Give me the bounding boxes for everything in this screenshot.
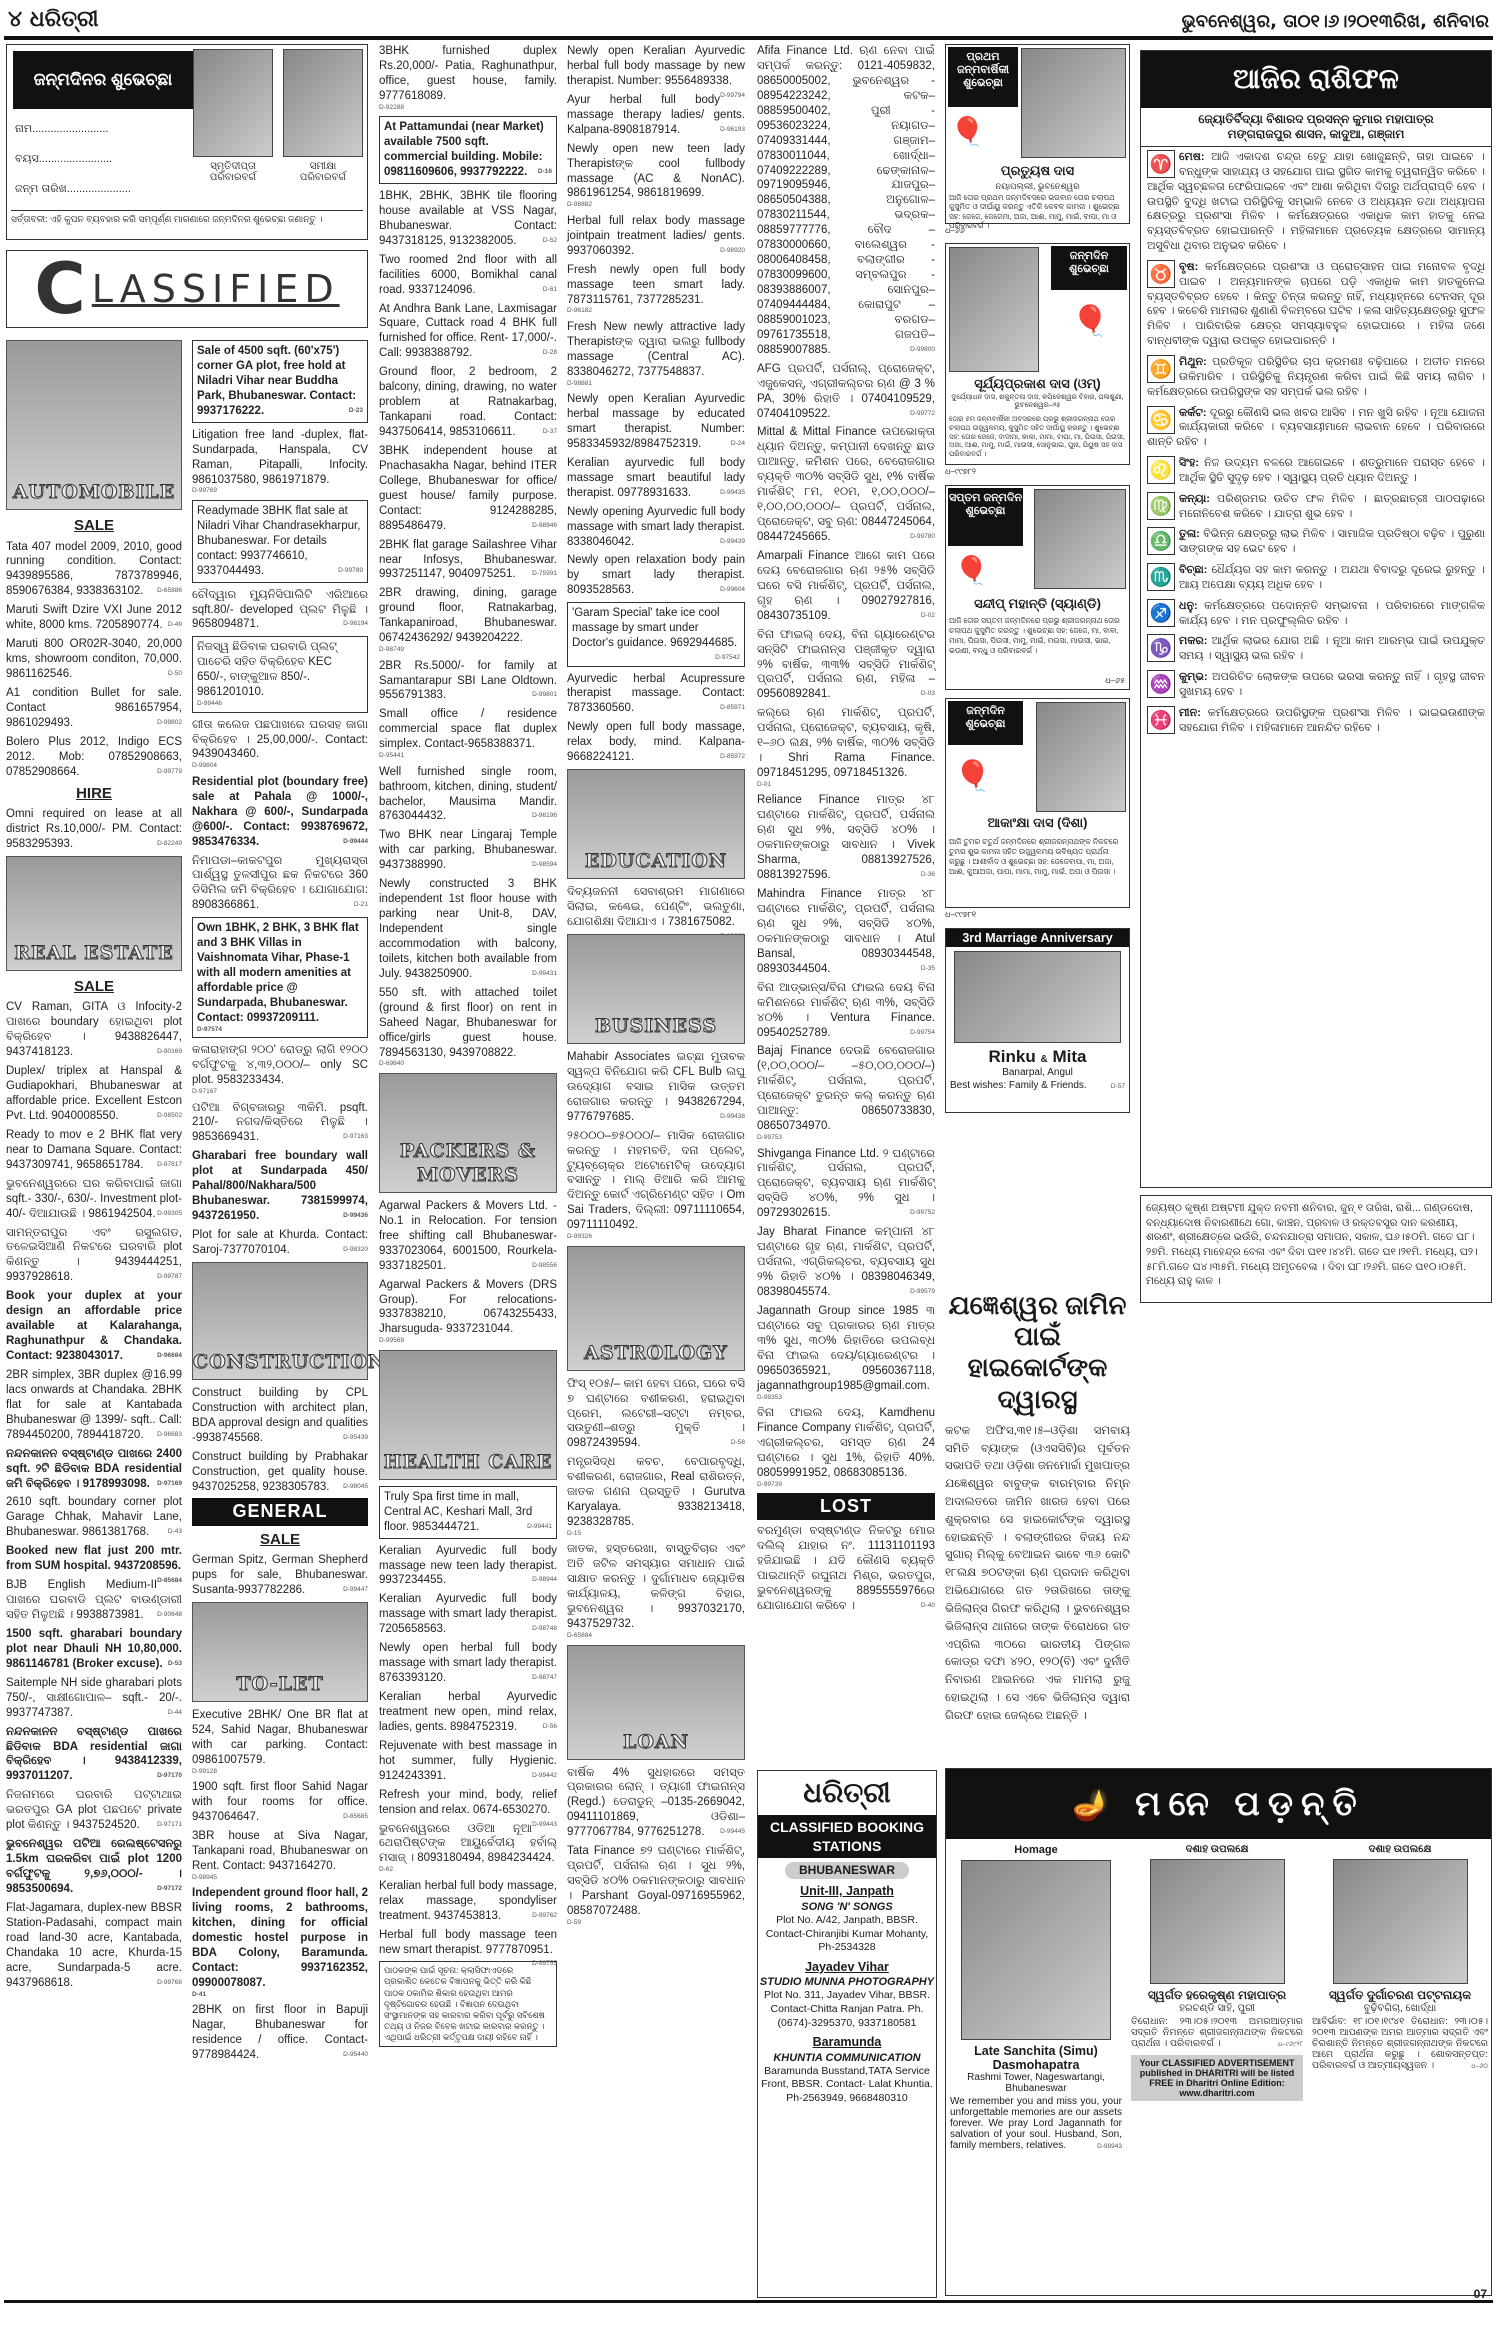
coupon-title: ଜନ୍ମଦିନର ଶୁଭେଚ୍ଛା (13, 51, 193, 109)
greeting-code: ଧ–୬୬ (945, 226, 965, 236)
classified-ad: Newly opening Ayurvedic full body massag… (567, 505, 745, 550)
column-land-construction: Sale of 4500 sqft. (60'x75') corner GA p… (192, 340, 368, 2067)
classified-ad: Keralian Ayurvedic full body massage new… (379, 1544, 557, 1589)
classified-ad: Keralian herbal Ayurvedic treatment new … (379, 1690, 557, 1735)
news-body: କଟକ ଅଫିସ,୩୧।୫–ଓଡ଼ିଶା ସମବାୟ ସମିତି ବ୍ୟାଙ୍କ… (945, 1423, 1130, 1726)
classified-ad: ଫିସ୍ ୧୦୫/– କାମ ହେବା ପରେ, ଘରେ ବସି ୭ ଘଣ୍ଟା… (567, 1377, 745, 1452)
classified-ad: ବିନା ଫାଇଲ ଦେୟ, Kamdhenu Finance Company … (757, 1406, 935, 1489)
classified-ad: Bajaj Finance ଦେଉଛି ବେରୋଜଗାର (୧,୦୦,୦୦୦/–… (757, 1044, 935, 1142)
classified-ad: Residential plot (boundary free) sale at… (192, 775, 368, 850)
child-photo-1 (193, 49, 273, 157)
classified-ad: କଲ୍‌ରେ ଋଣ ମାର୍କଶିଟ୍, ପ୍ରପର୍ଟି, ପର୍ସନାଲ, … (757, 706, 935, 789)
classified-ad: Maruti Swift Dzire VXI June 2012 white, … (6, 603, 182, 633)
classified-ad: Fresh New newly attractive lady Therapis… (567, 320, 745, 388)
greeting-card-2: ଜନ୍ମଦିନ ଶୁଭେଚ୍ଛା 🎈 ସୂର୍ଯ୍ୟପ୍ରକାଶ ଦାସ (ଓମ… (945, 243, 1130, 465)
section-heading-lost: LOST (757, 1493, 935, 1520)
classified-ad: Mahindra Finance ମାତ୍ର ୪୮ ଘଣ୍ଟାରେ ମାର୍କଶ… (757, 887, 935, 977)
sign-libra: ♎ତୁଳା: ବିଭିନ୍ନ କ୍ଷେତ୍ରରୁ ଲାଭ ମିଳିବ । ସାମ… (1141, 524, 1491, 560)
automobile-image: AUTOMOBILE (6, 340, 182, 510)
greeting-card-1: ପ୍ରଥମ ଜନ୍ମବାର୍ଷିକୀ ଶୁଭେଚ୍ଛା 🎈 ପ୍ରତ୍ୟୁଷ ଦ… (945, 44, 1130, 224)
sign-cancer: ♋କର୍କଟ: ଦୂରରୁ କୌଣସି ଭଲ ଖବର ଆସିବ । ମନ ଖୁସ… (1141, 403, 1491, 454)
classified-ad: Refresh your mind, body, relief tension … (379, 1788, 557, 1818)
aries-icon: ♈ (1147, 150, 1175, 178)
section-heading: SALE (6, 977, 182, 997)
classified-ad: 2BR Rs.5000/- for family at Samantarapur… (379, 659, 557, 704)
obituary-banner: 🪔 ମନେ ପଡ଼ନ୍ତି (946, 1769, 1491, 1839)
classified-ad: Saitemple NH side gharabari plots 750/-,… (6, 1676, 182, 1721)
classified-ad: Newly open Keralian Ayurvedic herbal mas… (567, 392, 745, 452)
news-article: ଯଜ୍ଞେଶ୍ୱର ଜାମିନ ପାଇଁ ହାଇକୋର୍ଟଙ୍କ ଦ୍ୱାରସ୍… (945, 1290, 1130, 1726)
child-photo (1034, 489, 1126, 589)
aquarius-icon: ♒ (1147, 670, 1175, 698)
classified-ad: Fresh newly open full body massage teen … (567, 263, 745, 316)
classified-ad: A1 condition Bullet for sale. Contact 98… (6, 686, 182, 731)
sign-aries: ♈ମେଷ: ଆଜି ଏକାଦଶ ଚନ୍ଦ୍ର ହେତୁ ଯାହା ଖୋଜୁଛନ୍… (1141, 147, 1491, 257)
classified-ad: Flat-Jagamara, duplex-new BBSR Station-P… (6, 1901, 182, 1991)
classified-ad: Omni required on lease at all district R… (6, 807, 182, 852)
dob-field[interactable]: ଜନ୍ମ ତାରିଖ..................... (15, 183, 131, 196)
sign-sagittarius: ♐ଧନୁ: କର୍ମକ୍ଷେତ୍ରରେ ପଦୋନ୍ନତି ସମ୍ଭାବନା । … (1141, 596, 1491, 632)
age-field[interactable]: ବୟସ........................ (15, 153, 112, 166)
classified-ad: Independent ground floor hall, 2 living … (192, 1886, 368, 1999)
classified-ad: Book your duplex at your design an affor… (6, 1289, 182, 1364)
classified-ad: 2BHK flat garage Sailashree Vihar near I… (379, 538, 557, 583)
classified-ad-boxed: Truly Spa first time in mall, Central AC… (379, 1486, 557, 1539)
classified-ad: Booked new flat just 200 mtr. from SUM h… (6, 1544, 182, 1574)
classified-ad: Keralian ayurvedic full body massage sma… (567, 456, 745, 501)
dharitri-logo: ଧରିତ୍ରୀ (758, 1771, 936, 1815)
sagittarius-icon: ♐ (1147, 599, 1175, 627)
dateline: ଭୁବନେଶ୍ୱର, ତା୦୧।୬।୨୦୧୩ରିଖ, ଶନିବାର (1182, 11, 1489, 32)
booking-city: BHUBANESWAR (785, 1862, 909, 1880)
classified-ad: ଗୀତା କଲେଜ ପଛପାଖରେ ଘରସହ ଜାଗା ବିକ୍ରିହେବ । … (192, 718, 368, 771)
real-estate-image: REAL ESTATE (6, 856, 182, 971)
classified-ad: Jay Bharat Finance କମ୍ପାନୀ ୪୮ ଘଣ୍ଟାରେ ଗୃ… (757, 1225, 935, 1300)
classified-ad: ମନ୍ତ୍ରସିଦ୍ଧ କବଚ, ବେପାରବୃଦ୍ଧି, ବଶୀକରଣ, ରୋ… (567, 1455, 745, 1538)
photo-caption-1: ସ୍ମୃତିଦୀପ୍ତାପରିବାରବର୍ଗ (193, 161, 273, 183)
classified-ad: Duplex/ triplex at Hanspal & Gudiapokhar… (6, 1064, 182, 1124)
classified-ad: ନନ୍ଦନକାନନ ବସ୍‌ଷ୍ଟାଣ୍ଡ ପାଖରେ 2400 sqft. ୨… (6, 1447, 182, 1492)
reader-notice: ପାଠକଙ୍କ ପାଇଁ ସୂଚନା: କ୍ଲାସିଫାଏଡ୍‌ରେ ପ୍ରକା… (379, 1961, 557, 2046)
booking-station: Jayadev ViharSTUDIO MUNNA PHOTOGRAPHYPlo… (758, 1959, 936, 2030)
classified-ad: 2BHK on first floor in Bapuji Nagar, Bhu… (192, 2003, 368, 2063)
child-photo (1036, 702, 1126, 812)
classified-ad: Bolero Plus 2012, Indigo ECS 2012. Mob: … (6, 735, 182, 780)
education-image: EDUCATION (567, 769, 745, 879)
classified-ad: CV Raman, GITA ଓ Infocity-2 ପାଖରେ bounda… (6, 1000, 182, 1060)
classified-ad: Ayurvedic herbal Acupressure therapist m… (567, 672, 745, 717)
classified-banner: CLASSIFIED (6, 250, 368, 328)
classified-ad: ସାମନ୍ତରାପୁର ଏବଂ ରସୁଲଗଡ, ତଳେଇସିଆଣି ନିକଟରେ… (6, 1226, 182, 1286)
sign-gemini: ♊ମିଥୁନ: ପ୍ରତିକୂଳ ପରିସ୍ଥିତିର ଚାପ କ୍ରମଶଃ ବ… (1141, 352, 1491, 403)
birthday-coupon: ଜନ୍ମଦିନର ଶୁଭେଚ୍ଛା ନାମ...................… (6, 44, 368, 240)
column-massage-education-business: Newly open Keralian Ayurvedic herbal ful… (567, 44, 745, 1931)
classified-ad: ଭୁବନେଶ୍ୱର ପଟିଆ ରେଲଷ୍ଟେସନରୁ 1.5km ଘରକରିବା… (6, 1837, 182, 1897)
classified-ad: ବାର୍ଷିକ 4% ସୁଧହାରରେ ସମସ୍ତ ପ୍ରକାରର ଲୋନ୍ ।… (567, 1766, 745, 1841)
construction-image: CONSTRUCTION (192, 1262, 368, 1380)
classified-ad: Ready to mov e 2 BHK flat very near to D… (6, 1128, 182, 1173)
column-automobile-realestate: AUTOMOBILE SALE Tata 407 model 2009, 201… (6, 340, 182, 1995)
classified-ad: 1BHK, 2BHK, 3BHK tile flooring house ava… (379, 189, 557, 249)
booking-stations: ଧରିତ୍ରୀ CLASSIFIED BOOKING STATIONS BHUB… (757, 1770, 937, 2298)
classified-ad: 3BHK furnished duplex Rs.20,000/- Patia,… (379, 44, 557, 112)
loan-image: LOAN (567, 1645, 745, 1760)
section-heading: HIRE (6, 784, 182, 804)
sign-taurus: ♉ବୃଷ: କର୍ମକ୍ଷେତ୍ରରେ ପ୍ରଶଂସା ଓ ପ୍ରୋତ୍ସାହନ… (1141, 257, 1491, 352)
classified-ad: Executive 2BHK/ One BR flat at 524, Sahi… (192, 1708, 368, 1776)
obituary-1: Homage Late Sanchita (Simu) Dasmohapatra… (950, 1844, 1122, 2151)
classified-ad: ବରମୁଣ୍ଡା ବସ୍‌ଷ୍ଟାଣ୍ଡ ନିକଟରୁ ମୋର ଦଲିଲ୍ ଯା… (757, 1524, 935, 1614)
greeting-code: ଧ–୯୯୭୮୨ (945, 467, 976, 477)
balloons-icon: 🎈 (954, 554, 989, 587)
classified-ad: Tata 407 model 2009, 2010, good running … (6, 540, 182, 600)
astrology-image: ASTROLOGY (567, 1246, 745, 1371)
classified-ad: Newly open relaxation body pain by smart… (567, 553, 745, 598)
classified-ad: German Spitz, German Shepherd pups for s… (192, 1553, 368, 1598)
classified-ad: ବିନା ଫାଇଲ୍ ଦେୟ, ବିନା ଗ୍ୟାରେଣ୍ଟର ସନ୍‌ସିଟି… (757, 628, 935, 703)
classified-ad: Afifa Finance Ltd. ଋଣ ନେବା ପାଇଁ ସମ୍ପର୍କ … (757, 44, 935, 358)
classified-ad-boxed: Sale of 4500 sqft. (60'x75') corner GA p… (192, 340, 368, 423)
classified-ad: Jagannath Group since 1985 ୩ ଘଣ୍ଟାରେ ସବୁ… (757, 1304, 935, 1402)
portrait-photo (1150, 1859, 1285, 1984)
panjika-box: ଜ୍ୟେଷ୍ଠ କୃଷ୍ଣ ଅଷ୍ଟମୀ ଯୁକ୍ତ ନବମୀ ଶନିବାର, … (1140, 1195, 1492, 1303)
capricorn-icon: ♑ (1147, 634, 1175, 662)
classified-ad: କଳାରାହାଙ୍ଗ ୨୦୦' ରୋଡ୍‌ରୁ ଲାଗି ୧୨୦୦ ବର୍ଗଫୁ… (192, 1043, 368, 1096)
classified-ad: Newly open herbal full body massage with… (379, 1641, 557, 1686)
classified-ad: 1500 sqft. gharabari boundary plot near … (6, 1627, 182, 1672)
classified-ad: Small office / residence commercial spac… (379, 707, 557, 760)
classified-ad: ଦିବ୍ୟଜନନୀ ସେବାଶ୍ରମ ମାଗଣାରେ ସିଲାଇ, କଣ୍ଢେଇ… (567, 885, 745, 930)
masthead: ୪ ଧରିତ୍ରୀ ଭୁବନେଶ୍ୱର, ତା୦୧।୬।୨୦୧୩ରିଖ, ଶନି… (8, 4, 1489, 32)
classified-ad: Rejuvenate with best massage in hot summ… (379, 1739, 557, 1784)
page-number: 07 (1474, 2287, 1487, 2301)
page-label: ୪ ଧରିତ୍ରୀ (8, 7, 99, 32)
section-heading: SALE (6, 516, 182, 536)
classified-ad: ୨୫୦୦୦–୭୫୦୦୦/– ମାସିକ ରୋଜଗାର କରନ୍ତୁ । ମହମବ… (567, 1129, 745, 1242)
obituary-2: ଦଶାହ ଉପଲକ୍ଷେ ସ୍ୱର୍ଗତ ହରେକୃଷ୍ଣ ମହାପାତ୍ର ହ… (1131, 1844, 1303, 2101)
sign-scorpio: ♏ବିଚ୍ଛା: ଧୈର୍ଯ୍ୟର ସହ କାମ କରନ୍ତୁ । ଅଯଥା ବ… (1141, 560, 1491, 596)
classified-ad-boxed: ନିଜସ୍ୱ ଛିଡିବାକ ଘରବାରି ପ୍ଲଟ୍ ପାଚେରି ସହିତ … (192, 636, 368, 712)
column-tolet-health: 3BHK furnished duplex Rs.20,000/- Patia,… (379, 44, 557, 2052)
classified-ad: Construct building by Prabhakar Construc… (192, 1450, 368, 1495)
classified-ad: Newly open new teen lady Therapistଙ୍କ co… (567, 142, 745, 210)
classified-ad: AFG ପ୍ରପର୍ଟି, ପର୍ସନାଲ୍, ପ୍ରୋଜେକ୍ଟ, ଏଜୁକେ… (757, 362, 935, 422)
horoscope-title: ଆଜିର ରାଶିଫଳ (1141, 51, 1491, 108)
scorpio-icon: ♏ (1147, 563, 1175, 591)
classified-ad: Construct building by CPL Construction w… (192, 1386, 368, 1446)
classified-ad: ନିଜନାମରେ ଘରବାରି ପଟ୍ଟାଥାଇ ଭରତପୁର GA plot … (6, 1788, 182, 1833)
classified-ad: ନନ୍ଦନକାନନ ବସ୍‌ଷ୍ଟାଣ୍ଡ ପାଖରେ ଛିଡିବାକ BDA … (6, 1725, 182, 1785)
booking-station: BaramundaKHUNTIA COMMUNICATIONBaramunda … (758, 2034, 936, 2105)
classified-ad: Two BHK near Lingaraj Temple with car pa… (379, 828, 557, 873)
classified-ad: Litigation free land -duplex, flat-Sunda… (192, 428, 368, 496)
classified-ad: Ayur herbal full body massage therapy la… (567, 93, 745, 138)
anniversary-card: 3rd Marriage Anniversary Rinku & Mita Ba… (945, 928, 1130, 1113)
leo-icon: ♌ (1147, 456, 1175, 484)
news-headline: ଯଜ୍ଞେଶ୍ୱର ଜାମିନ ପାଇଁ ହାଇକୋର୍ଟଙ୍କ ଦ୍ୱାରସ୍… (945, 1290, 1130, 1415)
to-let-image: TO-LET (192, 1602, 368, 1702)
classified-ad-boxed: 'Garam Special' take ice cool massage by… (567, 602, 745, 666)
child-photo (949, 247, 1039, 372)
top-rule (4, 36, 1493, 40)
classified-ad: Well furnished single room, bathroom, ki… (379, 765, 557, 825)
classified-ad: ନିମାପଡା–କାକଟପୁର ମୁଖ୍ୟରାସ୍ତା ପାର୍ଶ୍ୱସ୍ଥ ତ… (192, 854, 368, 914)
lamp-icon: 🪔 (1072, 1789, 1117, 1822)
sign-virgo: ♍କନ୍ୟା: ପରିଶ୍ରମର ଉଚିତ ଫଳ ମିଳିବ । ଛାତ୍ରଛା… (1141, 489, 1491, 525)
classified-ad: Reliance Finance ମାତ୍ର ୪୮ ଘଣ୍ଟାରେ ମାର୍କଶ… (757, 793, 935, 883)
classified-ad: BJB English Medium-II ପାଖରେ ଘରବାଡି ପ୍ଲଟ … (6, 1578, 182, 1623)
classified-ad: Keralian herbal full body massage, relax… (379, 1879, 557, 1924)
child-photo (1021, 48, 1126, 158)
classified-ad: Two roomed 2nd floor with all facilities… (379, 253, 557, 298)
classified-ad-boxed: At Pattamundai (near Market) available 7… (379, 116, 557, 184)
classified-ad: Plot for sale at Khurda. Contact: Saroj-… (192, 1228, 368, 1258)
classified-ad: Amarpali Finance ଆଗେ କାମ ପରେ ଦେୟ ବେରୋଜଗା… (757, 549, 935, 624)
classified-ad: 1900 sqft. first floor Sahid Nagar with … (192, 1780, 368, 1825)
health-care-image: HEALTH CARE (379, 1350, 557, 1480)
classified-ad: Agarwal Packers & Movers (DRS Group). Fo… (379, 1278, 557, 1346)
section-heading: SALE (192, 1530, 368, 1550)
classified-ad: ପଟିଆ ବିଗ୍‌ବଜାରରୁ ୩କିମି. psqft. 210/- ନଗଦ… (192, 1101, 368, 1146)
classified-ad-boxed: Own 1BHK, 2 BHK, 3 BHK flat and 3 BHK Vi… (192, 917, 368, 1038)
couple-photo (954, 951, 1121, 1043)
portrait-photo (961, 1860, 1111, 2040)
name-field[interactable]: ନାମ......................... (15, 123, 108, 136)
classified-ad: Mittal & Mittal Finance ଉପଭୋକ୍ତା ଧ୍ୟାନ ଦ… (757, 425, 935, 545)
obituary-box: 🪔 ମନେ ପଡ଼ନ୍ତି Homage Late Sanchita (Simu… (945, 1768, 1492, 2296)
cancer-icon: ♋ (1147, 406, 1175, 434)
classified-ad: ଚୌଦ୍ୱାର ମ୍ୟୁନିସିପାଲିଟି ଏରିଆରେ sqft.80/- … (192, 588, 368, 633)
sign-aquarius: ♒କୁମ୍ଭ: ଅପରିଚିତ ଲୋକଙ୍କ ଉପରେ ଭରସା କରନ୍ତୁ … (1141, 667, 1491, 703)
classified-ad: Shivganga Finance Ltd. ୨ ଘଣ୍ଟାରେ ମାର୍କଶି… (757, 1147, 935, 1222)
balloons-icon: 🎈 (1072, 304, 1109, 339)
classified-ad: ଭୁବନେଶ୍ୱରରେ ଓଡିଆ ନୂଆ ଥେରାପିଷ୍ଟଙ୍କ ଆୟୁର୍ବ… (379, 1822, 557, 1875)
gemini-icon: ♊ (1147, 355, 1175, 383)
classified-ad: Herbal full relax body massage jointpain… (567, 214, 745, 259)
sign-leo: ♌ସିଂହ: ନିଜ ଉଦ୍ୟମ ବଳରେ ଆଗେଇବେ । ଶତ୍ରୁମାନେ… (1141, 453, 1491, 489)
greeting-card-4: ଜନ୍ମଦିନ ଶୁଭେଚ୍ଛା 🎈 ଆକାଂକ୍ଷା ଦାସ (ଦିଶା) ଆ… (945, 698, 1130, 908)
classified-ad: Keralian Ayurvedic full body massage wit… (379, 1592, 557, 1637)
portrait-photo (1333, 1859, 1468, 1984)
libra-icon: ♎ (1147, 527, 1175, 555)
sign-pisces: ♓ମୀନ: କର୍ମକ୍ଷେତ୍ରରେ ଉପରିସ୍ଥଙ୍କ ପ୍ରଶଂସା ମ… (1141, 703, 1491, 739)
child-photo-2 (283, 49, 363, 157)
classified-ad: Gharabari free boundary wall plot at Sun… (192, 1149, 368, 1224)
classified-ad: ଭୁବନେଶ୍ୱରରେ ଘର କରିବାପାଇଁ ଜାଗା sqft.- 330… (6, 1177, 182, 1222)
classified-ad-boxed: Readymade 3BHK flat sale at Niladri Viha… (192, 500, 368, 583)
classified-ad: Newly open Keralian Ayurvedic herbal ful… (567, 44, 745, 89)
column-finance-lost: Afifa Finance Ltd. ଋଣ ନେବା ପାଇଁ ସମ୍ପର୍କ … (757, 44, 935, 1618)
classified-ad: 3BR house at Siva Nagar, Tankapani road,… (192, 1829, 368, 1882)
booking-station: Unit-III, JanpathSONG 'N' SONGSPlot No. … (758, 1883, 936, 1954)
section-heading-general: GENERAL (192, 1498, 368, 1525)
classified-ad: Ground floor, 2 bedroom, 2 balcony, dini… (379, 365, 557, 440)
classified-ad: Mahabir Associates ଇଚ୍ଛା ମୁତାବକ ସ୍ୱଳ୍ପ ବ… (567, 1050, 745, 1125)
sign-capricorn: ♑ମକର: ଆର୍ଥିକ ଲାଭର ଯୋଗ ଅଛି । ନୂଆ କାମ ଆରମ୍… (1141, 631, 1491, 667)
classified-ad: 3BHK independent house at Pnachasakha Na… (379, 444, 557, 534)
classified-ad: Newly open full body massage, relax body… (567, 720, 745, 765)
pisces-icon: ♓ (1147, 706, 1175, 734)
classified-ad: Tata Finance ୭୨ ଘଣ୍ଟାରେ ମାର୍କଶିଟ୍, ପ୍ରପର… (567, 1844, 745, 1927)
virgo-icon: ♍ (1147, 492, 1175, 520)
photo-caption-2: ସମୀକ୍ଷାପରିବାରବର୍ଗ (283, 161, 363, 183)
bottom-rule (4, 2300, 1493, 2303)
horoscope-author: ଜ୍ୟୋତିର୍ବିଦ୍ୟା ବିଶାରଦ ପ୍ରସନ୍ନ କୁମାର ମହାପ… (1141, 108, 1491, 147)
balloons-icon: 🎈 (954, 759, 991, 794)
taurus-icon: ♉ (1147, 260, 1175, 288)
balloons-icon: 🎈 (950, 115, 985, 148)
classified-ad: 2610 sqft. boundary corner plot Garage C… (6, 1495, 182, 1540)
coupon-terms: ସର୍ତ୍ତାବଳୀ: ଏହି କୁପନ ବ୍ୟବହାର କରି ସମ୍ପୂର୍… (11, 210, 363, 225)
online-edition-promo: Your CLASSIFIED ADVERTISEMENT published … (1131, 2055, 1303, 2101)
booking-heading: CLASSIFIED BOOKING STATIONS (758, 1815, 936, 1857)
classified-ad: 2BR drawing, dining, garage ground floor… (379, 586, 557, 654)
classified-ad: Agarwal Packers & Movers Ltd. - No.1 in … (379, 1199, 557, 1274)
greeting-card-3: ସପ୍ତମ ଜନ୍ମଦିନ ଶୁଭେଚ୍ଛା 🎈 ସନ୍ଦୀପ୍ ମହାନ୍ତି… (945, 485, 1130, 690)
classified-ad: 2BR simplex, 3BR duplex @16.99 lacs onwa… (6, 1368, 182, 1443)
classified-ad: 550 sft. with attached toilet (ground & … (379, 986, 557, 1069)
classified-ad: ଜାତକ, ହସ୍ତରେଖା, ବାସ୍ତୁବିଚାର ଏବଂ ଅତି ଜଟିଳ… (567, 1542, 745, 1640)
classified-ad: Maruti 800 OR02R-3040, 20,000 kms, showr… (6, 637, 182, 682)
horoscope-box: ଆଜିର ରାଶିଫଳ ଜ୍ୟୋତିର୍ବିଦ୍ୟା ବିଶାରଦ ପ୍ରସନ୍… (1140, 50, 1492, 1188)
classified-ad: Newly constructed 3 BHK independent 1st … (379, 877, 557, 982)
business-image: BUSINESS (567, 934, 745, 1044)
classified-ad: ବିନା ଆଡ୍‌ଭାନ୍ସ/ବିନା ଫାଇଲ ଦେୟ ବିନା କମିଶନର… (757, 981, 935, 1041)
greeting-code: ଧ–୯୯୭୮୧ (945, 910, 976, 920)
packers-movers-image: PACKERS & MOVERS (379, 1073, 557, 1193)
obituary-3: ଦଶାହ ଉପଲକ୍ଷେ ସ୍ୱର୍ଗତ ଦୁର୍ଗାଚରଣ ପଟ୍ଟନାୟକ … (1312, 1844, 1488, 2071)
classified-ad: At Andhra Bank Lane, Laxmisagar Square, … (379, 302, 557, 362)
classified-ad: Herbal full body massage teen new smart … (379, 1928, 557, 1958)
